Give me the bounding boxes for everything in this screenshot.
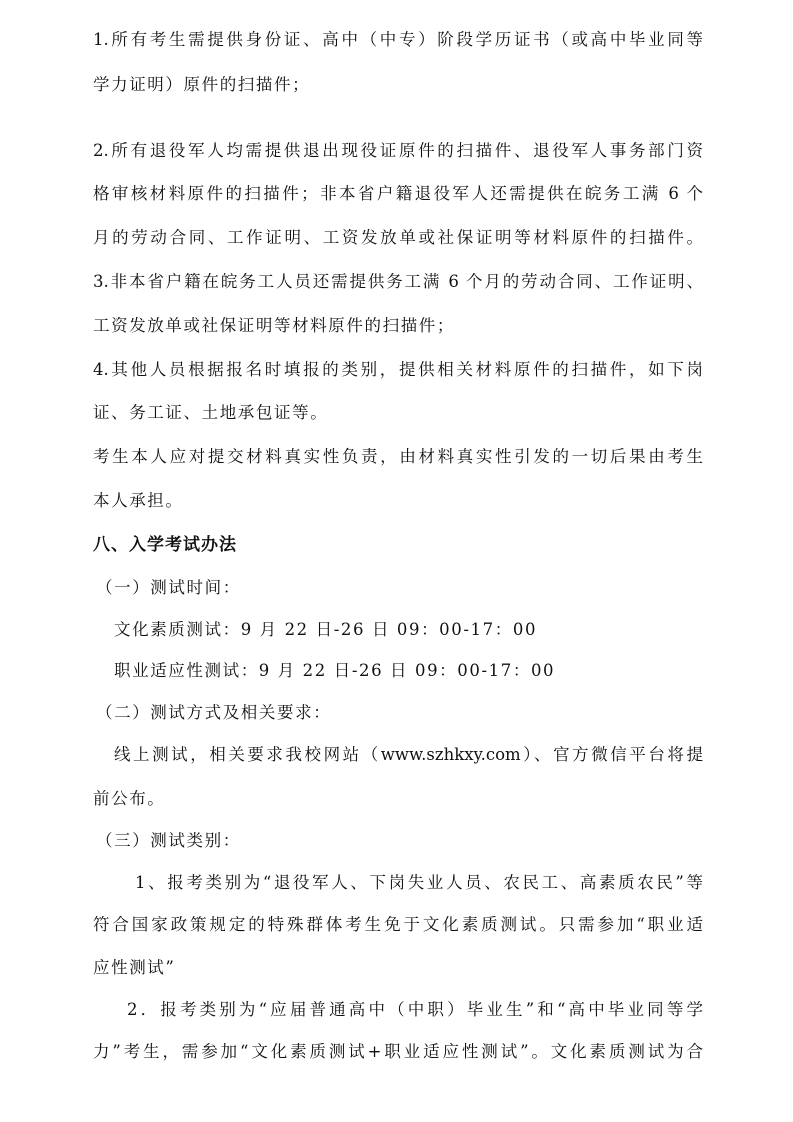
req2-line3: 月的劳动合同、工作证明、工资发放单或社保证明等材料原件的扫描件。: [93, 228, 703, 248]
category1-line2: 符合国家政策规定的特殊群体考生免于文化素质测试。只需参加“职业适: [93, 915, 703, 935]
responsibility-line1: 考生本人应对提交材料真实性负责，由材料真实性引发的一切后果由考生: [93, 447, 703, 467]
test-method-line2: 前公布。: [93, 789, 165, 809]
req2-line2: 格审核材料原件的扫描件；非本省户籍退役军人还需提供在皖务工满 6 个: [93, 184, 703, 204]
req2-line1: 2.所有退役军人均需提供退出现役证原件的扫描件、退役军人事务部门资: [93, 141, 703, 161]
category1-line3: 应性测试”: [93, 958, 175, 978]
req3-line2: 工资发放单或社保证明等材料原件的扫描件；: [93, 316, 455, 336]
subsection3-title: （三）测试类别：: [96, 831, 241, 851]
req4-line1: 4.其他人员根据报名时填报的类别，提供相关材料原件的扫描件，如下岗: [93, 360, 703, 380]
section-heading: 八、入学考试办法: [93, 535, 237, 555]
test-method-line1: 线上测试，相关要求我校网站（www.szhkxy.com）、官方微信平台将提: [114, 745, 703, 765]
category1-line1: 1、报考类别为“退役军人、下岗失业人员、农民工、高素质农民”等: [135, 873, 703, 893]
category2-line1: 2．报考类别为“应届普通高中（中职）毕业生”和“高中毕业同等学: [127, 1000, 703, 1020]
req4-line2: 证、务工证、土地承包证等。: [93, 403, 328, 423]
responsibility-line2: 本人承担。: [93, 491, 184, 511]
subsection1-title: （一）测试时间：: [96, 578, 241, 598]
document-page: 1.所有考生需提供身份证、高中（中专）阶段学历证书（或高中毕业同等 学力证明）原…: [0, 0, 793, 1122]
vocational-test-time: 职业适应性测试：9 月 22 日-26 日 09：00-17：00: [114, 661, 555, 681]
req1-line1: 1.所有考生需提供身份证、高中（中专）阶段学历证书（或高中毕业同等: [93, 30, 703, 50]
category2-line2: 力”考生，需参加“文化素质测试+职业适应性测试”。文化素质测试为合: [93, 1042, 703, 1062]
req3-line1: 3.非本省户籍在皖务工人员还需提供务工满 6 个月的劳动合同、工作证明、: [93, 272, 703, 292]
culture-test-time: 文化素质测试：9 月 22 日-26 日 09：00-17：00: [114, 620, 537, 640]
subsection2-title: （二）测试方式及相关要求：: [96, 703, 331, 723]
req1-line2: 学力证明）原件的扫描件；: [93, 75, 310, 95]
